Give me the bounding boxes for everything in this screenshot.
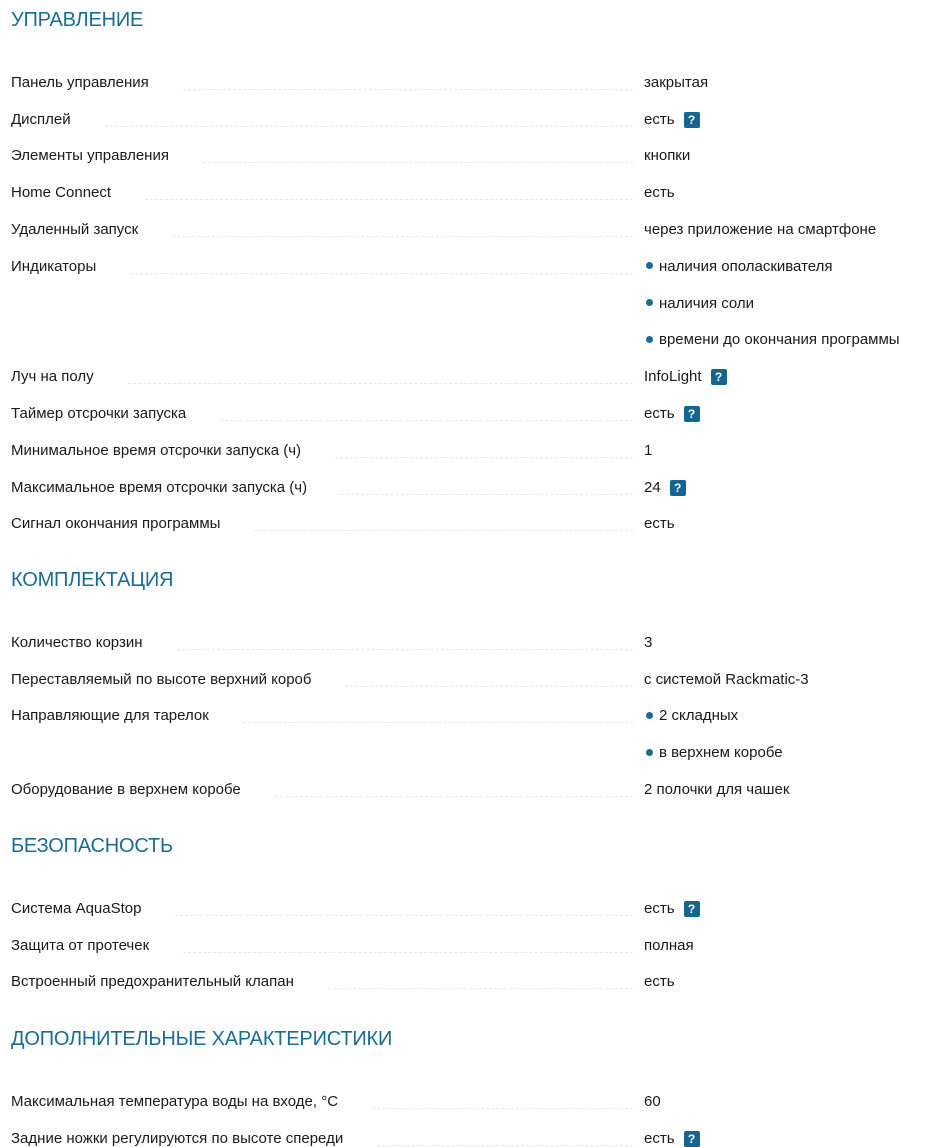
spec-section: БЕЗОПАСНОСТЬСистема AquaStopесть?Защита …	[11, 834, 929, 991]
spec-value-cell: закрытая	[633, 74, 708, 92]
bullet-icon	[646, 336, 653, 343]
spec-label-cell	[11, 760, 633, 762]
spec-row: Переставляемый по высоте верхний коробс …	[11, 652, 929, 689]
spec-value-cell: есть	[633, 184, 675, 202]
spec-row: Защита от протечекполная	[11, 918, 929, 955]
spec-label: Максимальное время отсрочки запуска (ч)	[11, 479, 317, 497]
spec-label: Встроенный предохранительный клапан	[11, 973, 304, 991]
dotted-leader	[275, 796, 633, 797]
help-icon[interactable]: ?	[711, 369, 727, 385]
spec-row: Сигнал окончания программыесть	[11, 497, 929, 534]
spec-row: Встроенный предохранительный клапанесть	[11, 955, 929, 992]
spec-label-cell: Удаленный запуск	[11, 221, 633, 239]
spec-value: есть	[644, 900, 675, 918]
spec-label: Панель управления	[11, 74, 159, 92]
spec-rows: Панель управлениязакрытаяДисплейесть?Эле…	[11, 55, 929, 533]
spec-rows: Количество корзин3Переставляемый по высо…	[11, 615, 929, 799]
help-icon[interactable]: ?	[684, 112, 700, 128]
bullet-icon	[646, 749, 653, 756]
dotted-leader	[345, 686, 633, 687]
spec-row: Система AquaStopесть?	[11, 881, 929, 918]
spec-row: Индикаторыналичия ополаскивателя	[11, 239, 929, 276]
spec-value: 1	[644, 442, 652, 460]
spec-label-cell	[11, 347, 633, 349]
spec-row: Таймер отсрочки запускаесть?	[11, 386, 929, 423]
dotted-leader	[341, 494, 633, 495]
help-icon[interactable]: ?	[684, 901, 700, 917]
spec-value-cell: 24?	[633, 479, 686, 497]
spec-row: в верхнем коробе	[11, 725, 929, 762]
spec-label: Направляющие для тарелок	[11, 707, 219, 725]
dotted-leader	[183, 89, 633, 90]
dotted-leader	[220, 420, 633, 421]
spec-value-cell: 2 полочки для чашек	[633, 781, 789, 799]
spec-row: Элементы управлениякнопки	[11, 129, 929, 166]
spec-value: 60	[644, 1093, 661, 1111]
spec-label: Индикаторы	[11, 258, 106, 276]
spec-value: 2 полочки для чашек	[644, 781, 789, 799]
spec-label-cell: Система AquaStop	[11, 900, 633, 918]
section-title: БЕЗОПАСНОСТЬ	[11, 834, 929, 858]
spec-label-cell: Минимальное время отсрочки запуска (ч)	[11, 442, 633, 460]
spec-label-cell: Дисплей	[11, 111, 633, 129]
spec-label: Оборудование в верхнем коробе	[11, 781, 251, 799]
spec-value: 3	[644, 634, 652, 652]
help-icon[interactable]: ?	[670, 480, 686, 496]
spec-label: Луч на полу	[11, 368, 104, 386]
spec-label-cell: Защита от протечек	[11, 937, 633, 955]
spec-value-cell: 1	[633, 442, 652, 460]
spec-value: есть	[644, 405, 675, 423]
spec-label-cell: Количество корзин	[11, 634, 633, 652]
spec-value: 2 складных	[659, 707, 738, 725]
spec-label-cell: Индикаторы	[11, 258, 633, 276]
spec-value-cell: в верхнем коробе	[633, 744, 783, 762]
spec-label-cell: Луч на полу	[11, 368, 633, 386]
spec-value: кнопки	[644, 147, 690, 165]
dotted-leader	[172, 236, 633, 237]
spec-value-cell: InfoLight?	[633, 368, 727, 386]
spec-value: есть	[644, 184, 675, 202]
spec-value-cell: есть?	[633, 900, 700, 918]
spec-label-cell: Сигнал окончания программы	[11, 515, 633, 533]
spec-row: времени до окончания программы	[11, 313, 929, 350]
spec-value-cell: есть	[633, 973, 675, 991]
spec-value: с системой Rackmatic-3	[644, 671, 809, 689]
dotted-leader	[243, 722, 633, 723]
section-title: ДОПОЛНИТЕЛЬНЫЕ ХАРАКТЕРИСТИКИ	[11, 1027, 929, 1051]
spec-label: Система AquaStop	[11, 900, 151, 918]
spec-label: Удаленный запуск	[11, 221, 148, 239]
spec-value-cell: 3	[633, 634, 652, 652]
spec-label-cell: Таймер отсрочки запуска	[11, 405, 633, 423]
spec-rows: Система AquaStopесть?Защита от протечекп…	[11, 881, 929, 991]
spec-row: Задние ножки регулируются по высоте спер…	[11, 1111, 929, 1147]
spec-label-cell	[11, 311, 633, 313]
section-title: КОМПЛЕКТАЦИЯ	[11, 568, 929, 592]
spec-value: закрытая	[644, 74, 708, 92]
dotted-leader	[183, 952, 633, 953]
dotted-leader	[175, 915, 633, 916]
spec-value-cell: кнопки	[633, 147, 690, 165]
spec-row: Дисплейесть?	[11, 92, 929, 129]
spec-value: наличия ополаскивателя	[659, 258, 833, 276]
spec-section: УПРАВЛЕНИЕПанель управлениязакрытаяДиспл…	[11, 8, 929, 533]
spec-value: полная	[644, 937, 694, 955]
spec-label: Дисплей	[11, 111, 81, 129]
spec-row: Луч на полуInfoLight?	[11, 349, 929, 386]
spec-label-cell: Панель управления	[11, 74, 633, 92]
spec-label: Home Connect	[11, 184, 121, 202]
spec-value: есть	[644, 111, 675, 129]
spec-row: Оборудование в верхнем коробе2 полочки д…	[11, 762, 929, 799]
spec-label-cell: Максимальная температура воды на входе, …	[11, 1093, 633, 1111]
spec-label-cell: Элементы управления	[11, 147, 633, 165]
spec-label-cell: Home Connect	[11, 184, 633, 202]
spec-label: Таймер отсрочки запуска	[11, 405, 196, 423]
spec-label: Максимальная температура воды на входе, …	[11, 1093, 348, 1111]
spec-value: времени до окончания программы	[659, 331, 900, 349]
spec-label: Переставляемый по высоте верхний короб	[11, 671, 321, 689]
spec-label: Защита от протечек	[11, 937, 159, 955]
dotted-leader	[335, 457, 633, 458]
spec-label: Минимальное время отсрочки запуска (ч)	[11, 442, 311, 460]
spec-value-cell: есть?	[633, 1130, 700, 1147]
spec-row: Home Connectесть	[11, 165, 929, 202]
spec-value: 24	[644, 479, 661, 497]
spec-value-cell: 60	[633, 1093, 661, 1111]
dotted-leader	[377, 1145, 633, 1146]
spec-row: Панель управлениязакрытая	[11, 55, 929, 92]
spec-value-cell: времени до окончания программы	[633, 331, 900, 349]
help-icon[interactable]: ?	[684, 406, 700, 422]
spec-value-cell: наличия соли	[633, 295, 754, 313]
spec-value-cell: есть?	[633, 405, 700, 423]
bullet-icon	[646, 299, 653, 306]
spec-row: Направляющие для тарелок2 складных	[11, 689, 929, 726]
spec-value-cell: 2 складных	[633, 707, 738, 725]
spec-label: Элементы управления	[11, 147, 179, 165]
spec-label-cell: Максимальное время отсрочки запуска (ч)	[11, 479, 633, 497]
spec-value: через приложение на смартфоне	[644, 221, 876, 239]
dotted-leader	[328, 988, 633, 989]
dotted-leader	[105, 126, 633, 127]
dotted-leader	[372, 1108, 633, 1109]
spec-label: Сигнал окончания программы	[11, 515, 230, 533]
dotted-leader	[130, 273, 633, 274]
spec-row: Минимальное время отсрочки запуска (ч)1	[11, 423, 929, 460]
spec-label-cell: Направляющие для тарелок	[11, 707, 633, 725]
dotted-leader	[203, 162, 633, 163]
spec-value-cell: наличия ополаскивателя	[633, 258, 833, 276]
spec-label-cell: Задние ножки регулируются по высоте спер…	[11, 1130, 633, 1147]
spec-value: есть	[644, 515, 675, 533]
spec-label-cell: Оборудование в верхнем коробе	[11, 781, 633, 799]
spec-row: Максимальная температура воды на входе, …	[11, 1074, 929, 1111]
spec-row: Максимальное время отсрочки запуска (ч)2…	[11, 460, 929, 497]
spec-value-cell: с системой Rackmatic-3	[633, 671, 809, 689]
spec-label: Количество корзин	[11, 634, 153, 652]
spec-value: наличия соли	[659, 295, 754, 313]
spec-value-cell: полная	[633, 937, 694, 955]
section-title: УПРАВЛЕНИЕ	[11, 8, 929, 32]
spec-value: есть	[644, 973, 675, 991]
dotted-leader	[128, 383, 633, 384]
dotted-leader	[254, 530, 633, 531]
spec-value: в верхнем коробе	[659, 744, 783, 762]
spec-value-cell: есть?	[633, 111, 700, 129]
bullet-icon	[646, 712, 653, 719]
spec-label: Задние ножки регулируются по высоте спер…	[11, 1130, 353, 1147]
spec-section: КОМПЛЕКТАЦИЯКоличество корзин3Переставля…	[11, 568, 929, 799]
spec-rows: Максимальная температура воды на входе, …	[11, 1074, 929, 1147]
spec-value: есть	[644, 1130, 675, 1147]
dotted-leader	[145, 199, 633, 200]
spec-label-cell: Переставляемый по высоте верхний короб	[11, 671, 633, 689]
spec-value-cell: через приложение на смартфоне	[633, 221, 876, 239]
spec-row: Удаленный запускчерез приложение на смар…	[11, 202, 929, 239]
spec-row: наличия соли	[11, 276, 929, 313]
spec-label-cell: Встроенный предохранительный клапан	[11, 973, 633, 991]
spec-row: Количество корзин3	[11, 615, 929, 652]
bullet-icon	[646, 262, 653, 269]
spec-value-cell: есть	[633, 515, 675, 533]
help-icon[interactable]: ?	[684, 1131, 700, 1147]
spec-section: ДОПОЛНИТЕЛЬНЫЕ ХАРАКТЕРИСТИКИМаксимальна…	[11, 1027, 929, 1147]
dotted-leader	[177, 649, 633, 650]
spec-value: InfoLight	[644, 368, 702, 386]
